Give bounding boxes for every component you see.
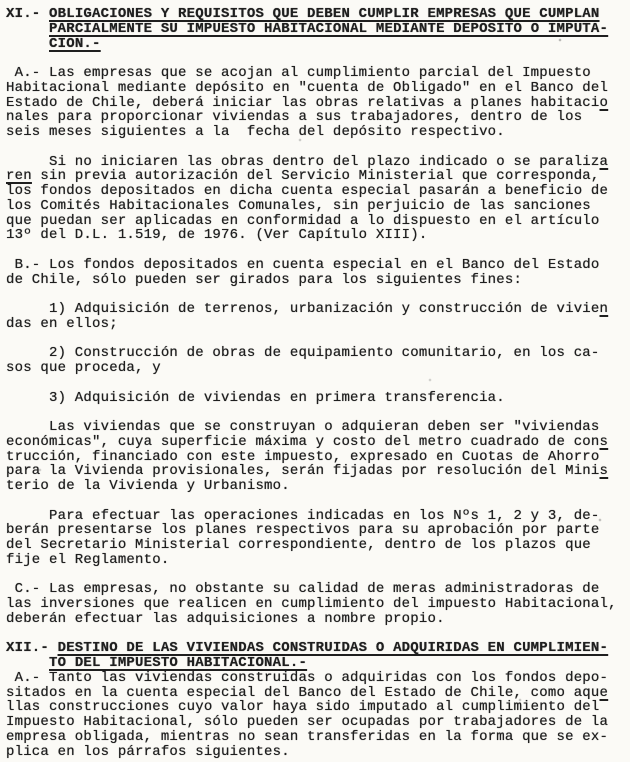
text-line: A.- Las empresas que se acojan al cumpli… (6, 66, 628, 81)
text-line: del Secretario Ministerial correspondien… (6, 538, 628, 553)
text-segment: A.- Las empresas que se acojan al cumpli… (6, 65, 591, 81)
heading-line: CION.- (6, 37, 628, 52)
heading-line: XII.- DESTINO DE LAS VIVIENDAS CONSTRUID… (6, 641, 628, 656)
blank-line (6, 287, 628, 302)
text-line: seis meses siguientes a la fecha del dep… (6, 125, 628, 140)
underlined-text-segment: TO DEL IMPUESTO HABITACIONAL.- (49, 655, 307, 671)
text-segment: 3) Adquisición de viviendas en primera t… (6, 390, 505, 406)
blank-line (6, 405, 628, 420)
blank-line (6, 627, 628, 642)
text-segment: los Comités Habitacionales Comunales, si… (6, 198, 591, 214)
text-segment: sin previa autorización del Servicio Min… (32, 168, 600, 184)
text-segment: das en ellos; (6, 316, 118, 332)
text-segment (6, 21, 49, 37)
underlined-text-segment: PARCIALMENTE SU IMPUESTO HABITACIONAL ME… (49, 21, 608, 37)
underlined-text-segment: ren (6, 168, 32, 184)
document-page: XI.- OBLIGACIONES Y REQUISITOS QUE DEBEN… (0, 0, 630, 762)
blank-line (6, 51, 628, 66)
text-line: Las viviendas que se construyan o adquie… (6, 420, 628, 435)
text-segment: XII.- (6, 640, 58, 656)
text-segment: A.- Tanto las viviendas construidas o ad… (6, 670, 608, 686)
text-line: C.- Las empresas, no obstante su calidad… (6, 582, 628, 597)
text-line: A.- Tanto las viviendas construidas o ad… (6, 671, 628, 686)
text-line: las inversiones que realicen en cumplimi… (6, 597, 628, 612)
text-segment: para la Vivienda provisionales, serán fi… (6, 463, 600, 479)
text-line: sos que proceda, y (6, 361, 628, 376)
text-line: fije el Reglamento. (6, 553, 628, 568)
text-segment: 13º del D.L. 1.519, de 1976. (Ver Capítu… (6, 227, 427, 243)
heading-line: PARCIALMENTE SU IMPUESTO HABITACIONAL ME… (6, 22, 628, 37)
underlined-text-segment: CION.- (49, 36, 101, 52)
text-line: 2) Construcción de obras de equipamiento… (6, 346, 628, 361)
blank-line (6, 376, 628, 391)
text-segment: Impuesto Habitacional, sólo pueden ser o… (6, 714, 608, 730)
text-line: los Comités Habitacionales Comunales, si… (6, 199, 628, 214)
underlined-text-segment: e (600, 685, 609, 701)
text-line: ren sin previa autorización del Servicio… (6, 169, 628, 184)
text-segment: sos que proceda, y (6, 360, 161, 376)
underlined-text-segment: s (600, 463, 609, 479)
text-segment: deberán efectuar las adquisiciones a nom… (6, 611, 445, 627)
text-segment (6, 36, 49, 52)
text-segment: terio de la Vivienda y Urbanismo. (6, 478, 290, 494)
text-segment: 1) Adquisición de terrenos, urbanización… (6, 301, 600, 317)
text-line: 13º del D.L. 1.519, de 1976. (Ver Capítu… (6, 228, 628, 243)
text-segment: seis meses siguientes a la fecha del dep… (6, 124, 505, 140)
heading-line: TO DEL IMPUESTO HABITACIONAL.- (6, 656, 628, 671)
text-line: berán presentarse los planes respectivos… (6, 523, 628, 538)
text-line: B.- Los fondos depositados en cuenta esp… (6, 258, 628, 273)
text-line: los fondos depositados en dicha cuenta e… (6, 184, 628, 199)
text-segment: las inversiones que realicen en cumplimi… (6, 596, 617, 612)
text-line: empresa obligada, mientras no sean trans… (6, 730, 628, 745)
text-line: Impuesto Habitacional, sólo pueden ser o… (6, 715, 628, 730)
underlined-text-segment: OBLIGACIONES Y REQUISITOS QUE DEBEN CUMP… (49, 6, 600, 22)
underlined-text-segment: o (600, 95, 609, 111)
text-segment: de Chile, sólo pueden ser girados para l… (6, 272, 522, 288)
text-segment (6, 655, 49, 671)
text-line: Habitacional mediante depósito en "cuent… (6, 81, 628, 96)
text-segment: 2) Construcción de obras de equipamiento… (6, 345, 600, 361)
underlined-text-segment: n (600, 301, 609, 317)
blank-line (6, 243, 628, 258)
text-segment: C.- Las empresas, no obstante su calidad… (6, 581, 600, 597)
text-line: plica en los párrafos siguientes. (6, 745, 628, 760)
blank-line (6, 494, 628, 509)
text-segment: Habitacional mediante depósito en "cuent… (6, 80, 608, 96)
text-segment: berán presentarse los planes respectivos… (6, 522, 600, 538)
text-segment: Las viviendas que se construyan o adquie… (6, 419, 600, 435)
blank-line (6, 140, 628, 155)
underlined-text-segment: a (600, 154, 609, 170)
text-line: 1) Adquisición de terrenos, urbanización… (6, 302, 628, 317)
text-segment: del Secretario Ministerial correspondien… (6, 537, 591, 553)
text-line: llas construcciones cuyo valor haya sido… (6, 700, 628, 715)
underlined-text-segment: DESTINO DE LAS VIVIENDAS CONSTRUIDAS O A… (58, 640, 609, 656)
text-segment: B.- Los fondos depositados en cuenta esp… (6, 257, 600, 273)
text-segment: los fondos depositados en dicha cuenta e… (6, 183, 608, 199)
text-segment: XI.- (6, 6, 49, 22)
text-line: 3) Adquisición de viviendas en primera t… (6, 391, 628, 406)
text-segment: empresa obligada, mientras no sean trans… (6, 729, 608, 745)
text-line: para la Vivienda provisionales, serán fi… (6, 464, 628, 479)
text-line: terio de la Vivienda y Urbanismo. (6, 479, 628, 494)
text-segment: económicas", cuya superficie máxima y co… (6, 434, 600, 450)
text-line: económicas", cuya superficie máxima y co… (6, 435, 628, 450)
text-line: nales para proporcionar viviendas a sus … (6, 110, 628, 125)
text-segment: llas construcciones cuyo valor haya sido… (6, 699, 600, 715)
text-segment: nales para proporcionar viviendas a sus … (6, 109, 582, 125)
text-segment: fije el Reglamento. (6, 552, 169, 568)
underlined-text-segment: s (600, 434, 609, 450)
heading-line: XI.- OBLIGACIONES Y REQUISITOS QUE DEBEN… (6, 7, 628, 22)
text-segment: plica en los párrafos siguientes. (6, 744, 290, 760)
text-line: deberán efectuar las adquisiciones a nom… (6, 612, 628, 627)
text-line: de Chile, sólo pueden ser girados para l… (6, 273, 628, 288)
text-line: das en ellos; (6, 317, 628, 332)
